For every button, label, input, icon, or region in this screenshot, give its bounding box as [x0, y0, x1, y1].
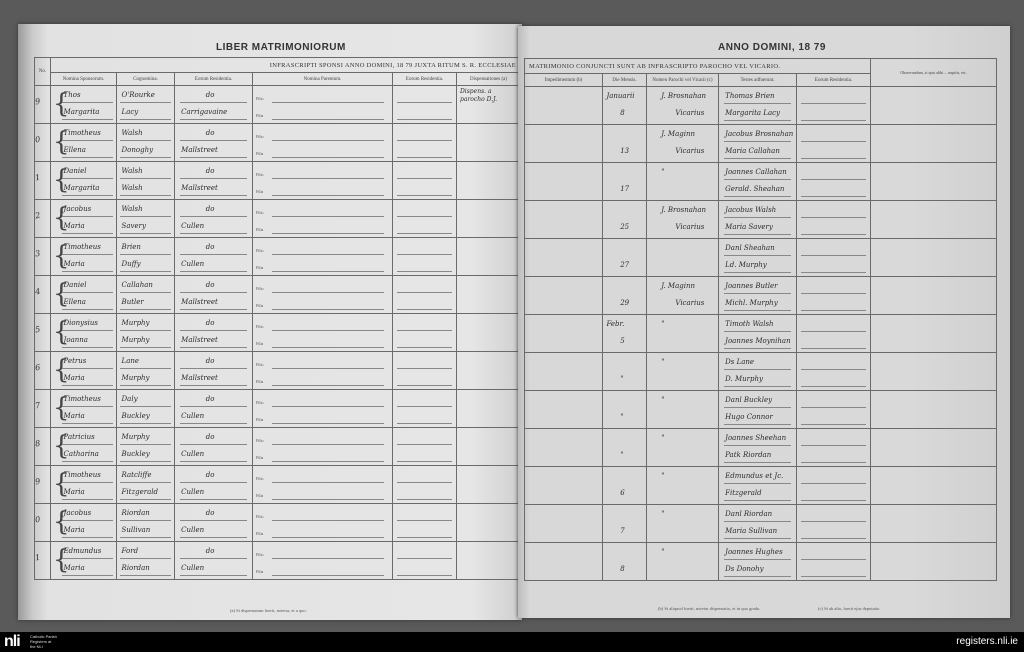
- impedimentum: [525, 201, 603, 239]
- entry-number: 178: [35, 428, 51, 466]
- dispensationes: [457, 276, 521, 314]
- testes-residentia: [797, 239, 871, 277]
- die-mensis: 29: [603, 277, 647, 315]
- notes: [871, 429, 997, 467]
- parentum: FilioFilia: [253, 86, 393, 124]
- entry-number: 181: [35, 542, 51, 580]
- column-header-dispensationes: Dispensationes (a): [457, 73, 521, 86]
- die-mensis: 25: [603, 201, 647, 239]
- parochus: ": [647, 467, 719, 505]
- parentum: FilioFilia: [253, 428, 393, 466]
- notes: [871, 277, 997, 315]
- dispensationes: [457, 314, 521, 352]
- residentia: doCullen: [175, 466, 253, 504]
- column-header-no: No.: [35, 58, 51, 86]
- table-row: 169 {ThosMargarita O'RourkeLacy doCarrig…: [35, 86, 521, 124]
- sponsi-names: {PetrusMaria: [51, 352, 117, 390]
- logo-caption: Catholic Parish Registers at the NLI: [30, 634, 57, 649]
- testes-residentia: [797, 163, 871, 201]
- residentia: doMallstreet: [175, 314, 253, 352]
- dispensationes: [457, 352, 521, 390]
- table-row: 27 Danl SheahanLd. Murphy: [525, 239, 997, 277]
- left-page: LIBER MATRIMONIORUM No. INFRASCRIPTI SPO…: [18, 24, 522, 620]
- die-mensis: Febr.5: [603, 315, 647, 353]
- site-link[interactable]: registers.nli.ie: [956, 636, 1018, 647]
- testes-residentia: [797, 543, 871, 581]
- parochus: ": [647, 353, 719, 391]
- parochus: ": [647, 505, 719, 543]
- table-row: 180 {JacobusMaria RiordanSullivan doCull…: [35, 504, 521, 542]
- parochus: J. BrosnahanVicarius: [647, 87, 719, 125]
- table-row: 170 {TimotheusEllena WalshDonoghy doMall…: [35, 124, 521, 162]
- impedimentum: [525, 467, 603, 505]
- cognomina: DalyBuckley: [117, 390, 175, 428]
- testes: Joannes SheehanPatk Riordan: [719, 429, 797, 467]
- parochus: ": [647, 315, 719, 353]
- testes-residentia: [797, 125, 871, 163]
- residentia: doMallstreet: [175, 162, 253, 200]
- parentum: FilioFilia: [253, 238, 393, 276]
- parent-residentia: [393, 352, 457, 390]
- right-page: ANNO DOMINI, 18 79 MATRIMONIO CONJUNCTI …: [518, 26, 1010, 618]
- testes: Ds LaneD. Murphy: [719, 353, 797, 391]
- residentia: doCullen: [175, 504, 253, 542]
- cognomina: LaneMurphy: [117, 352, 175, 390]
- table-row: 8 " Joannes HughesDs Donohy: [525, 543, 997, 581]
- impedimentum: [525, 125, 603, 163]
- right-footnote-c: (c) Si ab alio, fuerit ejus deputatio.: [818, 606, 880, 611]
- left-page-title: LIBER MATRIMONIORUM: [216, 42, 346, 53]
- notes: [871, 239, 997, 277]
- parochus: ": [647, 543, 719, 581]
- right-page-title: ANNO DOMINI, 18 79: [718, 42, 826, 53]
- impedimentum: [525, 163, 603, 201]
- column-header-cognomina: Cognomina.: [117, 73, 175, 86]
- dispensationes: [457, 542, 521, 580]
- column-header-notes: Observandum, si quis alibi ... nuptiis, …: [871, 59, 997, 87]
- die-mensis: ": [603, 391, 647, 429]
- testes-residentia: [797, 505, 871, 543]
- testes-residentia: [797, 87, 871, 125]
- cognomina: BrienDuffy: [117, 238, 175, 276]
- sponsi-names: {DionysiusJoanna: [51, 314, 117, 352]
- notes: [871, 543, 997, 581]
- table-row: 177 {TimotheusMaria DalyBuckley doCullen…: [35, 390, 521, 428]
- impedimentum: [525, 239, 603, 277]
- residentia: doCullen: [175, 542, 253, 580]
- image-viewer[interactable]: LIBER MATRIMONIORUM No. INFRASCRIPTI SPO…: [0, 0, 1024, 632]
- testes-residentia: [797, 277, 871, 315]
- testes: Thomas BrienMargarita Lacy: [719, 87, 797, 125]
- parentum: FilioFilia: [253, 352, 393, 390]
- dispensationes: [457, 238, 521, 276]
- residentia: doCullen: [175, 428, 253, 466]
- testes: Danl BuckleyHugo Connor: [719, 391, 797, 429]
- testes: Timoth WalshJoannes Moynihan: [719, 315, 797, 353]
- die-mensis: 7: [603, 505, 647, 543]
- residentia: doMallstreet: [175, 124, 253, 162]
- table-row: Febr.5 " Timoth WalshJoannes Moynihan: [525, 315, 997, 353]
- dispensationes: [457, 428, 521, 466]
- testes-residentia: [797, 467, 871, 505]
- residentia: doCullen: [175, 200, 253, 238]
- column-header-die-mensis: Die Mensis.: [603, 74, 647, 87]
- parent-residentia: [393, 200, 457, 238]
- impedimentum: [525, 315, 603, 353]
- parentum: FilioFilia: [253, 314, 393, 352]
- parochus: [647, 239, 719, 277]
- die-mensis: 6: [603, 467, 647, 505]
- parentum: FilioFilia: [253, 276, 393, 314]
- testes-residentia: [797, 353, 871, 391]
- cognomina: RiordanSullivan: [117, 504, 175, 542]
- cognomina: FordRiordan: [117, 542, 175, 580]
- table-row: " " Danl BuckleyHugo Connor: [525, 391, 997, 429]
- column-header-residentia: Eorum Residentia.: [175, 73, 253, 86]
- die-mensis: ": [603, 429, 647, 467]
- notes: [871, 163, 997, 201]
- entry-number: 177: [35, 390, 51, 428]
- sponsi-names: {DanielMargarita: [51, 162, 117, 200]
- testes: Jacobus BrosnahanMaria Callahan: [719, 125, 797, 163]
- parochus: J. MaginnVicarius: [647, 125, 719, 163]
- cognomina: O'RourkeLacy: [117, 86, 175, 124]
- table-row: 176 {PetrusMaria LaneMurphy doMallstreet…: [35, 352, 521, 390]
- parent-residentia: [393, 314, 457, 352]
- table-row: 175 {DionysiusJoanna MurphyMurphy doMall…: [35, 314, 521, 352]
- parent-residentia: [393, 542, 457, 580]
- die-mensis: Januarii8: [603, 87, 647, 125]
- die-mensis: 17: [603, 163, 647, 201]
- impedimentum: [525, 543, 603, 581]
- cognomina: WalshDonoghy: [117, 124, 175, 162]
- parentum: FilioFilia: [253, 200, 393, 238]
- cognomina: MurphyBuckley: [117, 428, 175, 466]
- notes: [871, 353, 997, 391]
- testes: Danl RiordanMaria Sullivan: [719, 505, 797, 543]
- entry-number: 175: [35, 314, 51, 352]
- footer-bar: nli Catholic Parish Registers at the NLI…: [0, 632, 1024, 652]
- sponsi-names: {TimotheusMaria: [51, 390, 117, 428]
- table-row: 6 " Edmundus et Jc.Fitzgerald: [525, 467, 997, 505]
- nli-logo[interactable]: nli: [4, 633, 20, 651]
- notes: [871, 505, 997, 543]
- column-header-testes: Testes adfuerunt.: [719, 74, 797, 87]
- parentum: FilioFilia: [253, 390, 393, 428]
- testes: Danl SheahanLd. Murphy: [719, 239, 797, 277]
- die-mensis: 8: [603, 543, 647, 581]
- column-header-impedimentum: Impedimentum (b): [525, 74, 603, 87]
- notes: [871, 391, 997, 429]
- impedimentum: [525, 391, 603, 429]
- parentum: FilioFilia: [253, 504, 393, 542]
- parochus: ": [647, 429, 719, 467]
- dispensationes: [457, 162, 521, 200]
- dispensationes: [457, 466, 521, 504]
- right-banner: MATRIMONIO CONJUNCTI SUNT AB INFRASCRIPT…: [525, 59, 871, 74]
- cognomina: CallahanButler: [117, 276, 175, 314]
- notes: [871, 201, 997, 239]
- table-row: 25 J. BrosnahanVicarius Jacobus WalshMar…: [525, 201, 997, 239]
- parochus: ": [647, 163, 719, 201]
- dispensationes: [457, 504, 521, 542]
- marriage-register-table-right: MATRIMONIO CONJUNCTI SUNT AB INFRASCRIPT…: [524, 58, 997, 581]
- impedimentum: [525, 277, 603, 315]
- parent-residentia: [393, 504, 457, 542]
- die-mensis: 27: [603, 239, 647, 277]
- testes: Joannes HughesDs Donohy: [719, 543, 797, 581]
- parent-residentia: [393, 162, 457, 200]
- dispensationes: [457, 390, 521, 428]
- table-row: 13 J. MaginnVicarius Jacobus BrosnahanMa…: [525, 125, 997, 163]
- dispensationes: Dispens. a parocho D.J.: [457, 86, 521, 124]
- table-row: 174 {DanielEllena CallahanButler doMalls…: [35, 276, 521, 314]
- sponsi-names: {EdmundusMaria: [51, 542, 117, 580]
- table-row: " " Joannes SheehanPatk Riordan: [525, 429, 997, 467]
- parentum: FilioFilia: [253, 162, 393, 200]
- parent-residentia: [393, 238, 457, 276]
- entry-number: 180: [35, 504, 51, 542]
- sponsi-names: {JacobusMaria: [51, 504, 117, 542]
- residentia: doCarrigavaine: [175, 86, 253, 124]
- sponsi-names: {TimotheusMaria: [51, 238, 117, 276]
- marriage-register-table-left: No. INFRASCRIPTI SPONSI ANNO DOMINI, 18 …: [34, 57, 521, 580]
- parentum: FilioFilia: [253, 124, 393, 162]
- testes-residentia: [797, 391, 871, 429]
- left-footnote: (a) Si dispensatum fuerit, notetur, et a…: [230, 608, 307, 613]
- sponsi-names: {PatriciusCatharina: [51, 428, 117, 466]
- sponsi-names: {TimotheusMaria: [51, 466, 117, 504]
- testes: Joannes ButlerMichl. Murphy: [719, 277, 797, 315]
- residentia: doMallstreet: [175, 276, 253, 314]
- notes: [871, 315, 997, 353]
- entry-number: 170: [35, 124, 51, 162]
- parochus: ": [647, 391, 719, 429]
- testes-residentia: [797, 429, 871, 467]
- cognomina: WalshSavery: [117, 200, 175, 238]
- entry-number: 172: [35, 200, 51, 238]
- testes: Jacobus WalshMaria Savery: [719, 201, 797, 239]
- table-row: 172 {JacobusMaria WalshSavery doCullen F…: [35, 200, 521, 238]
- testes: Edmundus et Jc.Fitzgerald: [719, 467, 797, 505]
- impedimentum: [525, 505, 603, 543]
- table-row: 173 {TimotheusMaria BrienDuffy doCullen …: [35, 238, 521, 276]
- notes: [871, 87, 997, 125]
- table-row: Januarii8 J. BrosnahanVicarius Thomas Br…: [525, 87, 997, 125]
- die-mensis: 13: [603, 125, 647, 163]
- parent-residentia: [393, 124, 457, 162]
- sponsi-names: {JacobusMaria: [51, 200, 117, 238]
- column-header-testes-residentia: Eorum Residentia.: [797, 74, 871, 87]
- column-header-parentum: Nomina Parentum.: [253, 73, 393, 86]
- parochus: J. BrosnahanVicarius: [647, 201, 719, 239]
- impedimentum: [525, 353, 603, 391]
- parentum: FilioFilia: [253, 542, 393, 580]
- cognomina: WalshWalsh: [117, 162, 175, 200]
- parent-residentia: [393, 86, 457, 124]
- parochus: J. MaginnVicarius: [647, 277, 719, 315]
- table-row: 171 {DanielMargarita WalshWalsh doMallst…: [35, 162, 521, 200]
- residentia: doCullen: [175, 238, 253, 276]
- impedimentum: [525, 87, 603, 125]
- table-row: 29 J. MaginnVicarius Joannes ButlerMichl…: [525, 277, 997, 315]
- table-row: 181 {EdmundusMaria FordRiordan doCullen …: [35, 542, 521, 580]
- table-row: " " Ds LaneD. Murphy: [525, 353, 997, 391]
- notes: [871, 125, 997, 163]
- residentia: doCullen: [175, 390, 253, 428]
- entry-number: 173: [35, 238, 51, 276]
- parent-residentia: [393, 428, 457, 466]
- sponsi-names: {DanielEllena: [51, 276, 117, 314]
- column-header-parent-residentia: Eorum Residentia.: [393, 73, 457, 86]
- parentum: FilioFilia: [253, 466, 393, 504]
- column-header-sponsi: Nomina Sponsorum.: [51, 73, 117, 86]
- column-header-parochus: Nomen Parochi vel Vicarii (c): [647, 74, 719, 87]
- dispensationes: [457, 124, 521, 162]
- sponsi-names: {ThosMargarita: [51, 86, 117, 124]
- impedimentum: [525, 429, 603, 467]
- notes: [871, 467, 997, 505]
- die-mensis: ": [603, 353, 647, 391]
- entry-number: 179: [35, 466, 51, 504]
- table-row: 17 " Joannes CallahanGerald. Sheahan: [525, 163, 997, 201]
- sponsi-names: {TimotheusEllena: [51, 124, 117, 162]
- entry-number: 169: [35, 86, 51, 124]
- entry-number: 176: [35, 352, 51, 390]
- testes-residentia: [797, 315, 871, 353]
- entry-number: 171: [35, 162, 51, 200]
- entry-number: 174: [35, 276, 51, 314]
- cognomina: RatcliffeFitzgerald: [117, 466, 175, 504]
- dispensationes: [457, 200, 521, 238]
- residentia: doMallstreet: [175, 352, 253, 390]
- table-row: 178 {PatriciusCatharina MurphyBuckley do…: [35, 428, 521, 466]
- parent-residentia: [393, 466, 457, 504]
- testes: Joannes CallahanGerald. Sheahan: [719, 163, 797, 201]
- table-row: 179 {TimotheusMaria RatcliffeFitzgerald …: [35, 466, 521, 504]
- table-row: 7 " Danl RiordanMaria Sullivan: [525, 505, 997, 543]
- testes-residentia: [797, 201, 871, 239]
- left-banner: INFRASCRIPTI SPONSI ANNO DOMINI, 18 79 J…: [51, 58, 521, 73]
- parent-residentia: [393, 276, 457, 314]
- right-footnote-b: (b) Si aliquod fuerit, notetur dispensat…: [658, 606, 760, 611]
- parent-residentia: [393, 390, 457, 428]
- cognomina: MurphyMurphy: [117, 314, 175, 352]
